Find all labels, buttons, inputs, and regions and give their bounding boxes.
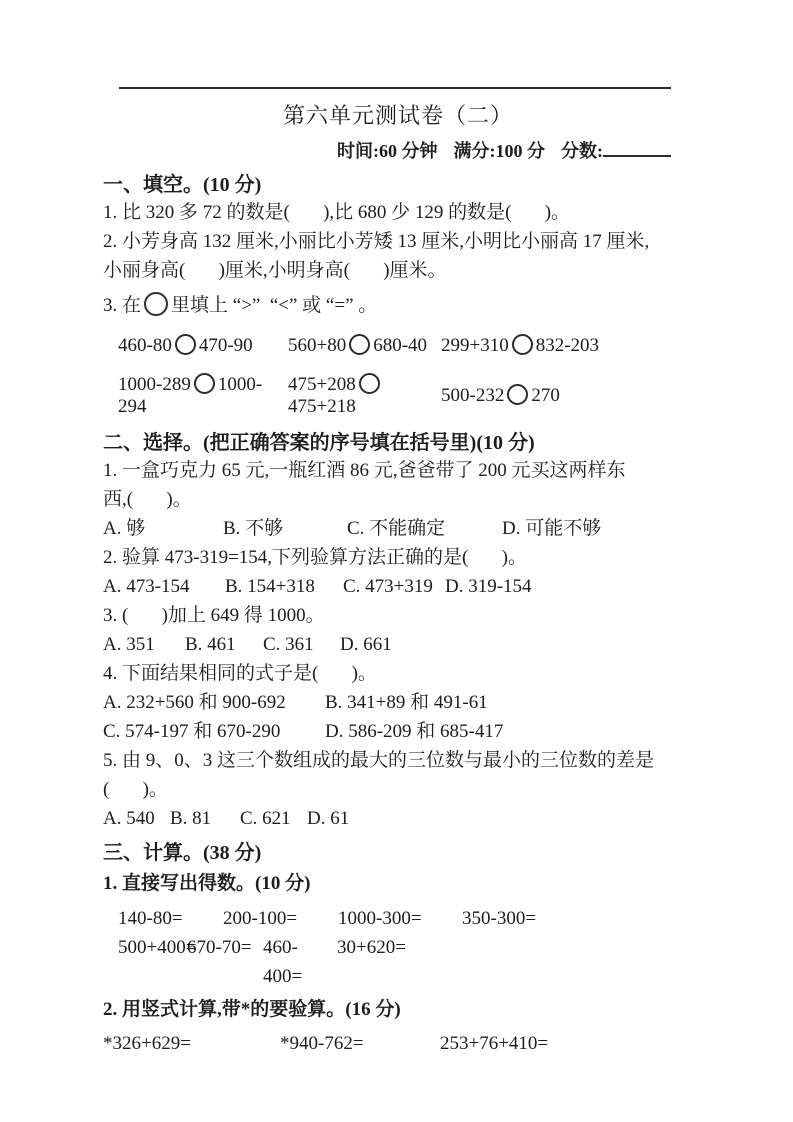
question-s1-q2-line1: 2. 小芳身高 132 厘米,小丽比小芳矮 13 厘米,小明比小丽高 17 厘米… xyxy=(103,227,693,256)
header-rule xyxy=(119,87,671,89)
option-label: B. 341+89 和 491-61 xyxy=(325,688,488,717)
question-s2-q2: 2. 验算 473-319=154,下列验算方法正确的是( )。 xyxy=(103,543,693,572)
paper-meta: 时间:60 分钟满分:100 分分数: xyxy=(103,137,693,163)
question-s2-q1-line2: 西,( )。 xyxy=(103,485,693,514)
option-label: D. 319-154 xyxy=(445,572,532,601)
calc-item: *326+629= xyxy=(103,1029,280,1058)
comparison-circle-icon xyxy=(349,334,370,355)
expression-right: 475+218 xyxy=(288,396,356,417)
meta-score-label: 分数: xyxy=(561,141,603,161)
expression-left: 1000-289 xyxy=(118,374,191,395)
question-s1-q2-line2: 小丽身高( )厘米,小明身高( )厘米。 xyxy=(103,256,693,285)
comparison-item: 460-80470-90 xyxy=(118,334,288,357)
option-label: D. 可能不够 xyxy=(502,514,601,543)
subtask-direct-calc: 1. 直接写出得数。(10 分) xyxy=(103,869,693,898)
test-paper: 第六单元测试卷（二） 时间:60 分钟满分:100 分分数: 一、填空。(10 … xyxy=(0,87,793,1058)
question-s1-q1: 1. 比 320 多 72 的数是( ),比 680 少 129 的数是( )。 xyxy=(103,198,693,227)
calc-item: 253+76+410= xyxy=(440,1029,548,1058)
direct-calc-row-1: 140-80= 200-100= 1000-300= 350-300= xyxy=(118,904,693,933)
paper-title: 第六单元测试卷（二） xyxy=(103,99,693,130)
calc-item: 140-80= xyxy=(118,904,223,933)
options-s2-q2: A. 473-154 B. 154+318 C. 473+319 D. 319-… xyxy=(103,572,693,601)
option-label: D. 661 xyxy=(340,630,392,659)
meta-full-score: 满分:100 分 xyxy=(454,141,546,161)
expression-right: 470-90 xyxy=(199,335,253,356)
question-s1-q3-suffix: 里填上 “>” “<” 或 “=” 。 xyxy=(171,295,377,316)
option-label: A. 540 xyxy=(103,804,170,833)
question-s2-q4: 4. 下面结果相同的式子是( )。 xyxy=(103,659,693,688)
calc-item: 1000-300= xyxy=(338,904,462,933)
calc-item: 30+620= xyxy=(337,933,406,991)
comparison-circle-icon xyxy=(175,334,196,355)
expression-left: 475+208 xyxy=(288,374,356,395)
question-s2-q5-line2: ( )。 xyxy=(103,775,693,804)
question-s1-q3: 3. 在里填上 “>” “<” 或 “=” 。 xyxy=(103,291,693,320)
expression-left: 460-80 xyxy=(118,335,172,356)
expression-right: 680-40 xyxy=(373,335,427,356)
options-s2-q4-row1: A. 232+560 和 900-692 B. 341+89 和 491-61 xyxy=(103,688,693,717)
comparison-circle-icon xyxy=(507,384,528,405)
calc-item: 670-70= xyxy=(187,933,263,991)
comparison-row-1: 460-80470-90 560+80680-40 299+310832-203 xyxy=(118,334,693,357)
expression-right: 832-203 xyxy=(536,335,599,356)
option-label: C. 473+319 xyxy=(343,572,445,601)
option-label: B. 461 xyxy=(185,630,263,659)
calc-item: 460-400= xyxy=(263,933,337,991)
options-s2-q4-row2: C. 574-197 和 670-290 D. 586-209 和 685-41… xyxy=(103,717,693,746)
expression-left: 560+80 xyxy=(288,335,346,356)
option-label: A. 351 xyxy=(103,630,185,659)
comparison-circle-icon xyxy=(194,373,215,394)
comparison-circle-icon xyxy=(512,334,533,355)
calc-item: 350-300= xyxy=(462,904,536,933)
option-label: B. 81 xyxy=(170,804,240,833)
direct-calc-row-2: 500+400= 670-70= 460-400= 30+620= xyxy=(118,933,693,991)
option-label: B. 154+318 xyxy=(225,572,343,601)
option-label: A. 够 xyxy=(103,514,223,543)
option-label: C. 621 xyxy=(240,804,307,833)
score-blank-line xyxy=(603,144,671,157)
calc-item: 200-100= xyxy=(223,904,338,933)
question-s2-q5-line1: 5. 由 9、0、3 这三个数组成的最大的三位数与最小的三位数的差是 xyxy=(103,746,693,775)
section-one-heading: 一、填空。(10 分) xyxy=(103,172,693,198)
subtask-vertical-calc: 2. 用竖式计算,带*的要验算。(16 分) xyxy=(103,995,693,1024)
option-label: A. 232+560 和 900-692 xyxy=(103,688,325,717)
section-two-heading: 二、选择。(把正确答案的序号填在括号里)(10 分) xyxy=(103,430,693,456)
option-label: C. 574-197 和 670-290 xyxy=(103,717,325,746)
comparison-item: 475+208475+218 xyxy=(288,373,441,418)
comparison-circle-icon xyxy=(144,292,168,316)
vertical-calc-row: *326+629= *940-762= 253+76+410= xyxy=(103,1029,693,1058)
option-label: C. 361 xyxy=(263,630,340,659)
option-label: A. 473-154 xyxy=(103,572,225,601)
comparison-item: 560+80680-40 xyxy=(288,334,441,357)
comparison-item: 299+310832-203 xyxy=(441,334,693,357)
expression-left: 299+310 xyxy=(441,335,509,356)
option-label: D. 61 xyxy=(307,804,349,833)
options-s2-q3: A. 351 B. 461 C. 361 D. 661 xyxy=(103,630,693,659)
calc-item: *940-762= xyxy=(280,1029,440,1058)
meta-time: 时间:60 分钟 xyxy=(337,141,438,161)
question-s2-q3: 3. ( )加上 649 得 1000。 xyxy=(103,601,693,630)
options-s2-q5: A. 540 B. 81 C. 621 D. 61 xyxy=(103,804,693,833)
question-s2-q1-line1: 1. 一盒巧克力 65 元,一瓶红酒 86 元,爸爸带了 200 元买这两样东 xyxy=(103,456,693,485)
comparison-item: 500-232270 xyxy=(441,384,693,407)
expression-right: 270 xyxy=(531,385,560,406)
question-s1-q3-prefix: 3. 在 xyxy=(103,295,141,316)
option-label: C. 不能确定 xyxy=(347,514,502,543)
expression-left: 500-232 xyxy=(441,385,504,406)
section-three-heading: 三、计算。(38 分) xyxy=(103,840,693,866)
comparison-item: 1000-2891000-294 xyxy=(118,373,288,418)
option-label: D. 586-209 和 685-417 xyxy=(325,717,503,746)
comparison-circle-icon xyxy=(359,373,380,394)
calc-item: 500+400= xyxy=(118,933,187,991)
comparison-row-2: 1000-2891000-294 475+208475+218 500-2322… xyxy=(118,373,693,418)
options-s2-q1: A. 够 B. 不够 C. 不能确定 D. 可能不够 xyxy=(103,514,693,543)
option-label: B. 不够 xyxy=(223,514,347,543)
